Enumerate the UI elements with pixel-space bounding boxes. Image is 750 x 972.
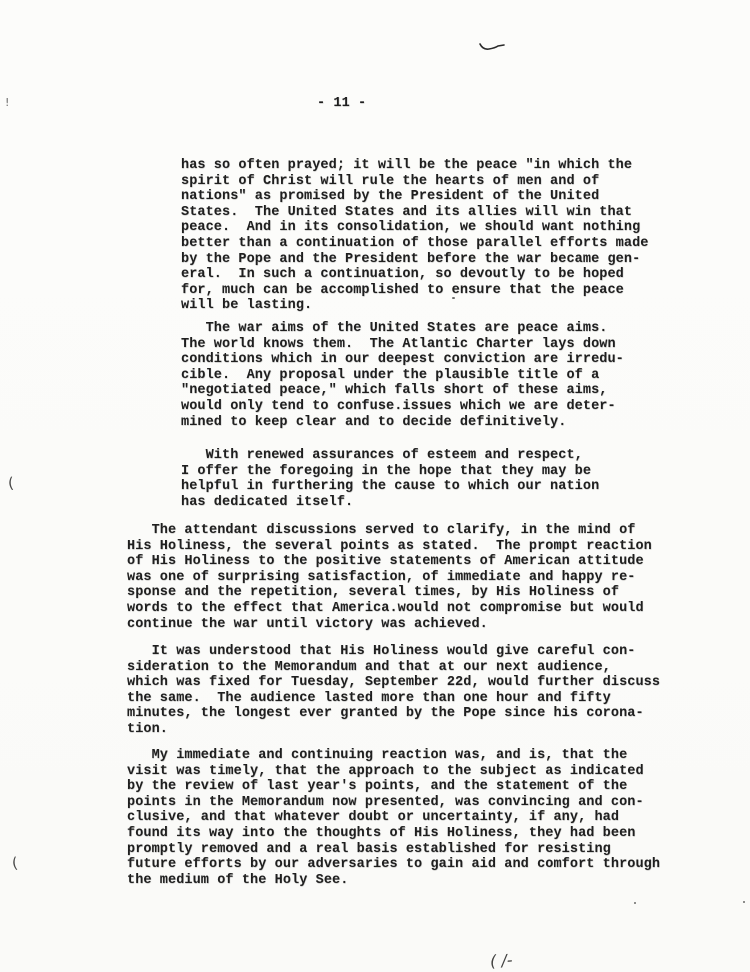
body-paragraph-3: My immediate and continuing reaction was…: [127, 748, 660, 888]
scan-speck: [634, 902, 636, 904]
scan-speck: [743, 901, 745, 903]
body-paragraph-1: The attendant discussions served to clar…: [127, 523, 652, 632]
scanned-document-page: - 11 - has so often prayed; it will be t…: [0, 0, 750, 972]
pen-squiggle-mark: [477, 40, 509, 54]
margin-smudge-mark: !: [5, 96, 9, 109]
quoted-paragraph-2: The war aims of the United States are pe…: [181, 321, 624, 430]
quoted-paragraph-3: With renewed assurances of esteem and re…: [181, 448, 599, 510]
quoted-paragraph-1: has so often prayed; it will be the peac…: [181, 158, 648, 314]
margin-paren-mark-lower: (: [11, 854, 19, 873]
handwritten-bottom-mark: ( /-: [489, 950, 513, 971]
scan-speck: [452, 297, 455, 299]
margin-paren-mark-upper: (: [7, 474, 14, 492]
page-number: - 11 -: [317, 96, 366, 112]
body-paragraph-2: It was understood that His Holiness woul…: [127, 644, 660, 738]
